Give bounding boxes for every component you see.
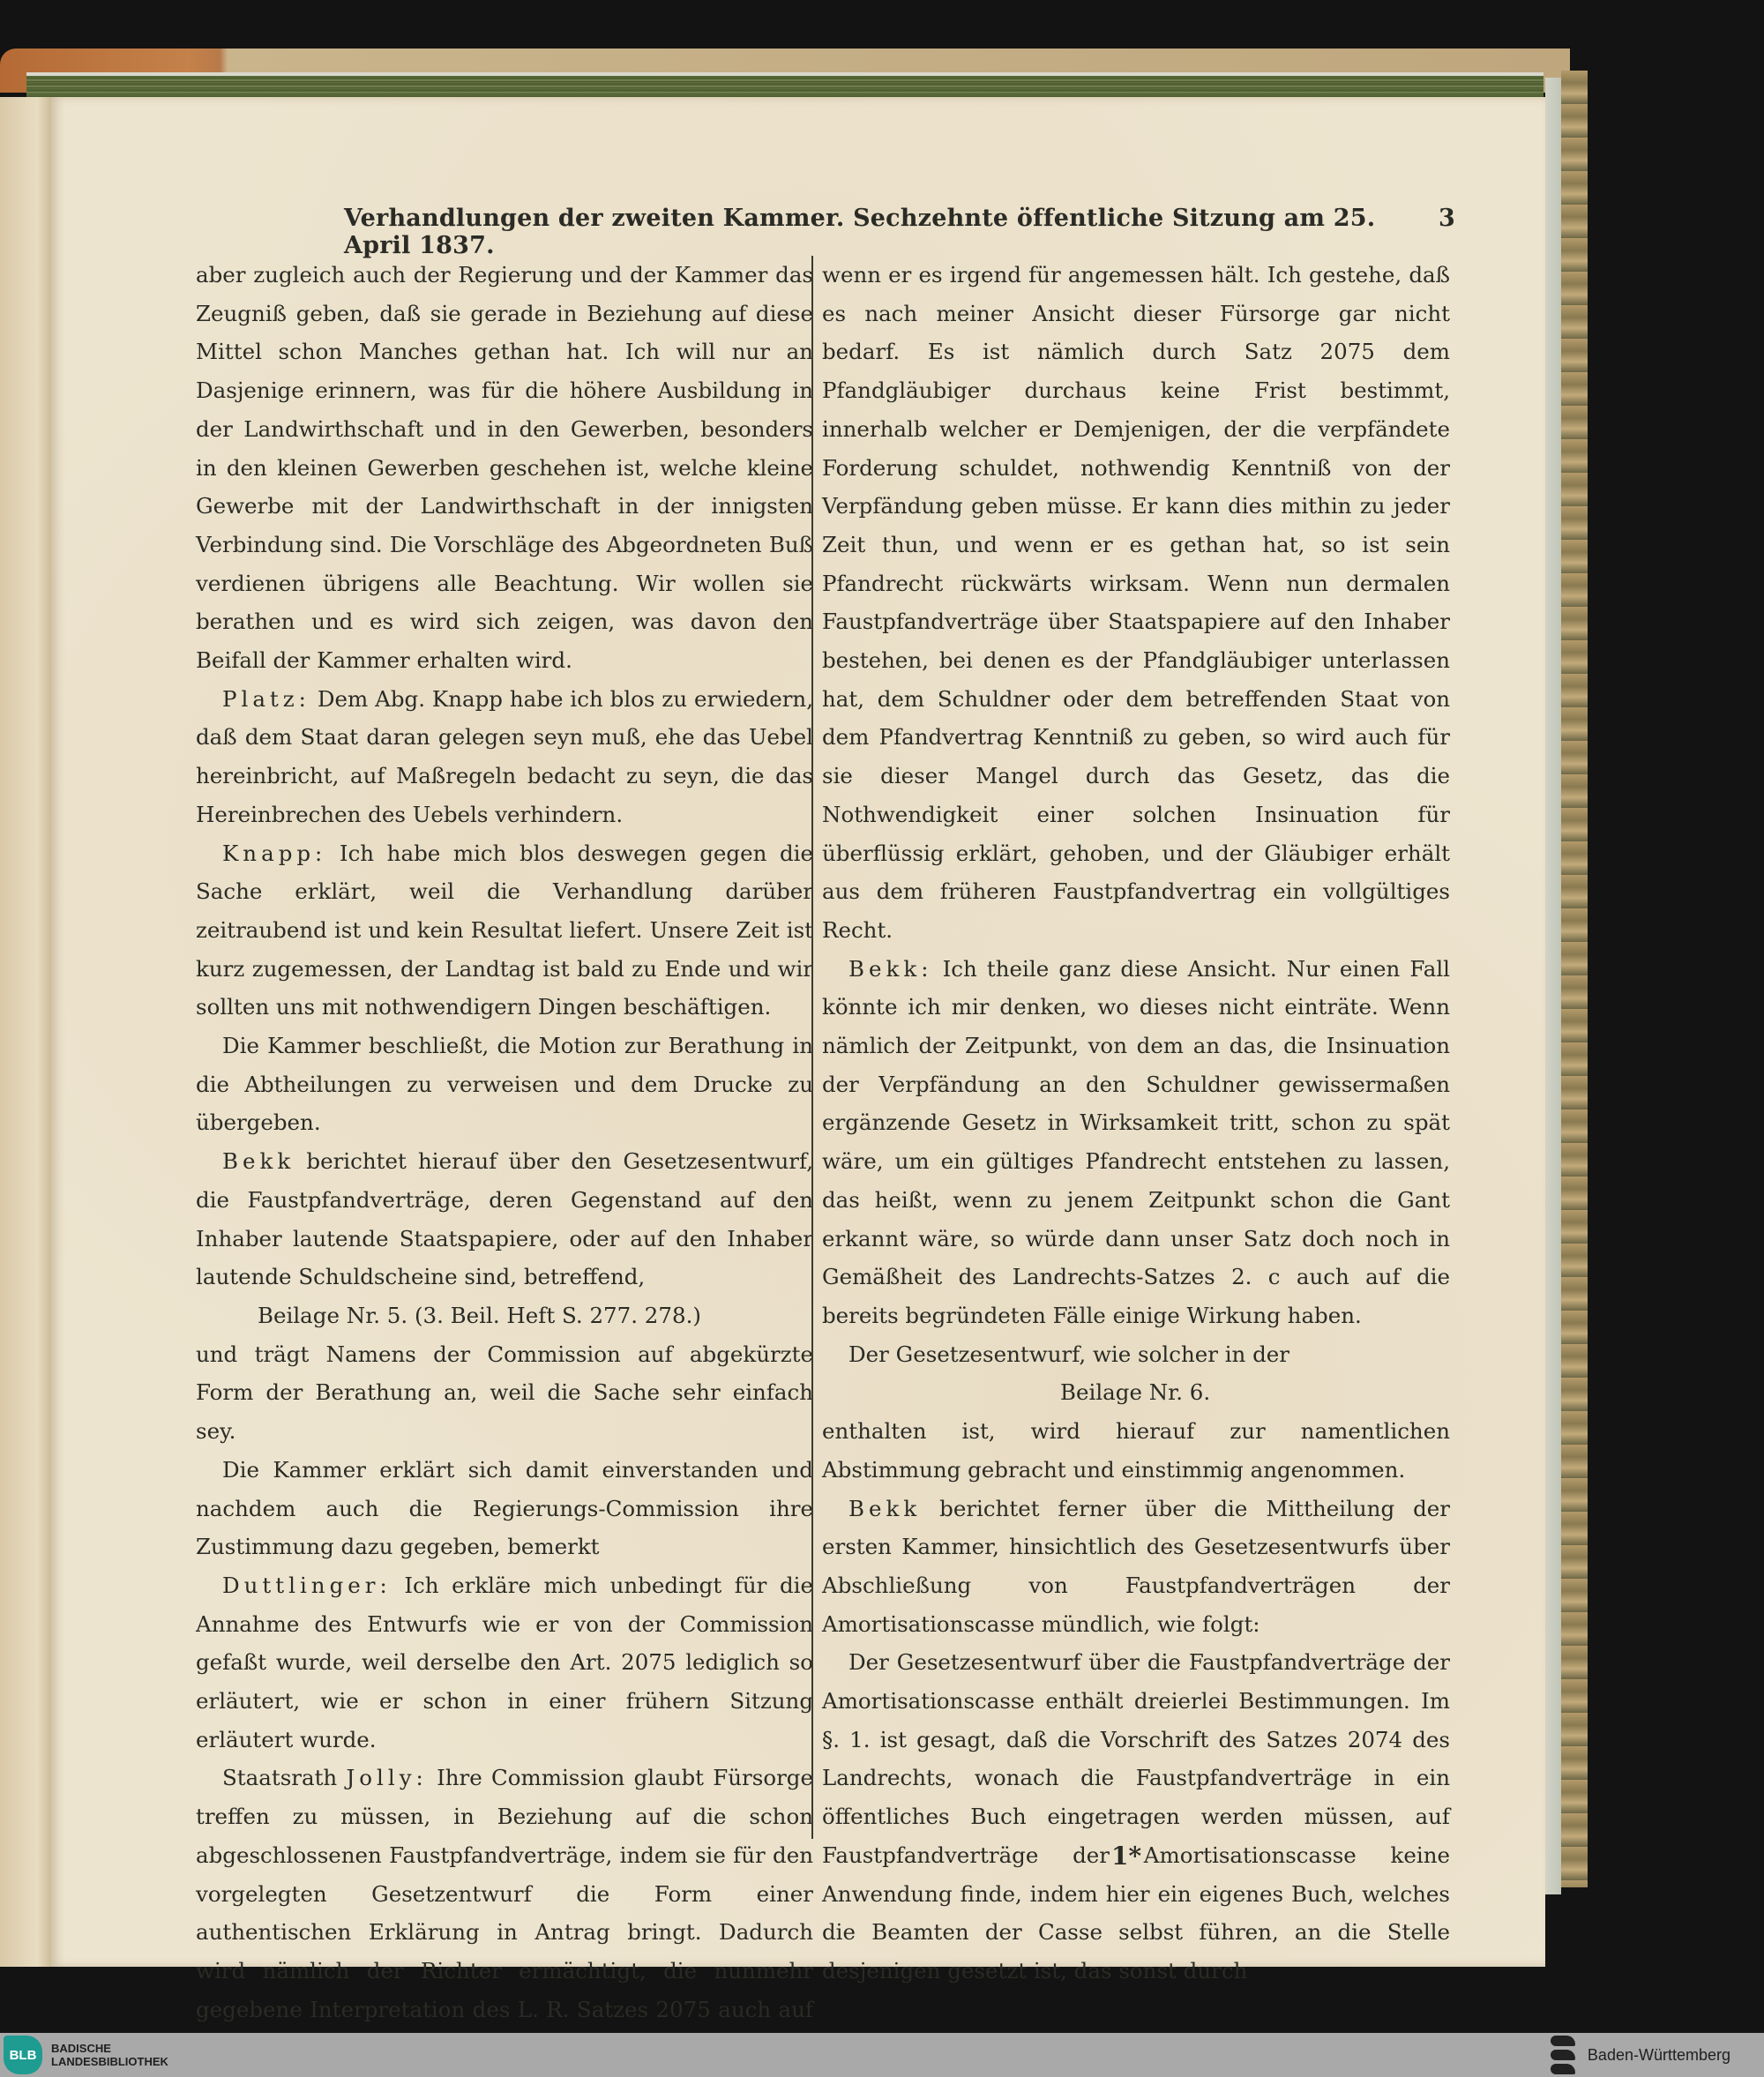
- paragraph: Bekk: Ich theile ganz diese Ansicht. Nur…: [822, 950, 1450, 1335]
- paragraph: aber zugleich auch der Regierung und der…: [196, 256, 813, 680]
- page-number: 3: [1439, 205, 1455, 232]
- paragraph-text: enthalten ist, wird hierauf zur namentli…: [822, 1418, 1450, 1483]
- paragraph-text: Der Gesetzesentwurf, wie solcher in der: [848, 1341, 1289, 1367]
- speaker-name: Knapp:: [222, 841, 326, 866]
- speaker-name: Duttlinger:: [222, 1573, 392, 1598]
- paragraph-text: Beilage Nr. 5. (3. Beil. Heft S. 277. 27…: [258, 1303, 701, 1328]
- paragraph: Die Kammer beschließt, die Motion zur Be…: [196, 1027, 813, 1142]
- paragraph: Platz: Dem Abg. Knapp habe ich blos zu e…: [196, 680, 813, 834]
- paragraph-text: Ihre Commission glaubt Fürsorge treffen …: [196, 1765, 813, 2060]
- paragraph: Beilage Nr. 6.: [822, 1373, 1450, 1412]
- paragraph: Der Gesetzesentwurf über die Faustpfandv…: [822, 1643, 1450, 1990]
- paragraph: Der Gesetzesentwurf, wie solcher in der: [822, 1335, 1450, 1374]
- blb-logo-text: BADISCHE LANDESBIBLIOTHEK: [51, 2042, 168, 2068]
- column-divider: [811, 256, 813, 1839]
- paragraph-text: Die Kammer erklärt sich damit einverstan…: [196, 1457, 813, 1559]
- blb-badge-icon: BLB: [4, 2036, 42, 2074]
- facing-page-edge: [0, 97, 53, 1967]
- right-text-column: wenn er es irgend für angemessen hält. I…: [822, 256, 1450, 1991]
- signature-mark: 1*: [1111, 1842, 1141, 1871]
- paragraph-text: aber zugleich auch der Regierung und der…: [196, 262, 813, 673]
- paragraph: Beilage Nr. 5. (3. Beil. Heft S. 277. 27…: [196, 1296, 813, 1335]
- paragraph: Knapp: Ich habe mich blos deswegen gegen…: [196, 834, 813, 1027]
- running-title: Verhandlungen der zweiten Kammer. Sechze…: [291, 205, 1439, 259]
- paragraph: Duttlinger: Ich erkläre mich unbedingt f…: [196, 1566, 813, 1759]
- paragraph: Bekk berichtet ferner über die Mittheilu…: [822, 1490, 1450, 1644]
- paragraph-text: Die Kammer beschließt, die Motion zur Be…: [196, 1033, 813, 1135]
- bw-logo-text: Baden-Württemberg: [1588, 2046, 1730, 2065]
- book-cover-right-edge: [1561, 71, 1588, 1887]
- speaker-title: Staatsrath: [222, 1765, 346, 1790]
- paragraph-text: Ich theile ganz diese Ansicht. Nur einen…: [822, 956, 1450, 1328]
- paragraph: Bekk berichtet hierauf über den Gesetzes…: [196, 1142, 813, 1296]
- paragraph: und trägt Namens der Commission auf abge…: [196, 1335, 813, 1451]
- running-head: Verhandlungen der zweiten Kammer. Sechze…: [291, 205, 1455, 259]
- three-lions-crest-icon: [1551, 2036, 1579, 2074]
- footer-bar: BLB BADISCHE LANDESBIBLIOTHEK Baden-Würt…: [0, 2033, 1764, 2077]
- baden-wuerttemberg-logo[interactable]: Baden-Württemberg: [1551, 2036, 1730, 2074]
- paragraph: Staatsrath Jolly: Ihre Commission glaubt…: [196, 1759, 813, 2067]
- paragraph-text: Der Gesetzesentwurf über die Faustpfandv…: [822, 1649, 1450, 1984]
- speaker-name: Jolly:: [346, 1765, 427, 1790]
- paragraph: enthalten ist, wird hierauf zur namentli…: [822, 1412, 1450, 1489]
- blb-logo-line2: LANDESBIBLIOTHEK: [51, 2055, 168, 2068]
- left-text-column: aber zugleich auch der Regierung und der…: [196, 256, 813, 2067]
- paragraph-text: und trägt Namens der Commission auf abge…: [196, 1341, 813, 1444]
- speaker-name: Platz:: [222, 686, 310, 712]
- paragraph-text: Beilage Nr. 6.: [1060, 1379, 1210, 1405]
- paragraph-text: wenn er es irgend für angemessen hält. I…: [822, 262, 1450, 943]
- speaker-name: Bekk: [222, 1148, 295, 1174]
- page-edge-right: [1545, 78, 1561, 1894]
- paragraph-text: Ich erkläre mich unbedingt für die Annah…: [196, 1573, 813, 1752]
- speaker-name: Bekk:: [848, 956, 932, 982]
- paragraph: Die Kammer erklärt sich damit einverstan…: [196, 1451, 813, 1566]
- paragraph-text: Ich habe mich blos deswegen gegen die Sa…: [196, 841, 813, 1020]
- speaker-name: Bekk: [848, 1496, 921, 1521]
- paragraph: wenn er es irgend für angemessen hält. I…: [822, 256, 1450, 950]
- blb-logo[interactable]: BLB BADISCHE LANDESBIBLIOTHEK: [4, 2036, 168, 2074]
- blb-logo-line1: BADISCHE: [51, 2042, 168, 2055]
